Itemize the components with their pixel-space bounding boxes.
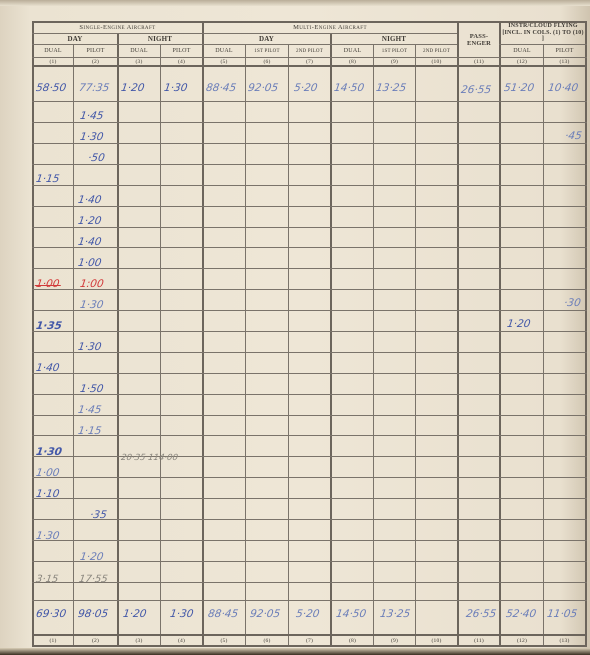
total-col7: 5·20 [295, 608, 320, 620]
header-col12-dual: Dual [501, 45, 543, 57]
row20-col2: ·35 [89, 509, 107, 521]
grid-bottom-border [32, 645, 587, 647]
footer-colnum-10: (10) [416, 636, 457, 645]
total-col5: 88·45 [207, 608, 239, 620]
header-me-night: NIGHT [331, 34, 457, 44]
grid-row-line [32, 600, 587, 601]
bf-col1: 58·50 [35, 82, 67, 94]
bf-col11: 26·55 [460, 84, 492, 96]
total-col6: 92·05 [249, 608, 281, 620]
grid-row-line [32, 456, 587, 457]
bf-col4: 1·30 [163, 82, 188, 94]
grid-row-line [32, 561, 587, 562]
grid-col-divider-3 [160, 44, 161, 645]
grid-row-line [32, 247, 587, 248]
header-colnum-5: (5) [203, 58, 245, 65]
grid-row-line [32, 143, 587, 144]
header-colnum-3: (3) [118, 58, 160, 65]
row7-col2: 1·40 [77, 236, 102, 248]
row18-col1: 1·00 [35, 467, 60, 479]
bf-col5: 88·45 [205, 82, 237, 94]
header-colnum-8: (8) [332, 58, 373, 65]
row23-col2: 17·55 [78, 574, 108, 585]
grid-row-line [32, 289, 587, 290]
grid-col-divider-9 [415, 44, 416, 645]
header-colnum-6: (6) [246, 58, 288, 65]
header-colnum-7: (7) [289, 58, 330, 65]
grid-col-divider-2 [117, 33, 119, 645]
grid-left-border [32, 21, 34, 645]
header-multi-engine: Multi-Engine Aircraft [203, 22, 457, 33]
header-colnum-4: (4) [161, 58, 202, 65]
grid-row-line [32, 519, 587, 520]
footer-colnum-1: (1) [33, 636, 73, 645]
footer-colnum-5: (5) [203, 636, 245, 645]
header-col9-1st-pilot: 1st Pilot [374, 45, 415, 57]
row1-col2: 1·45 [79, 110, 104, 122]
grid-row-line [32, 268, 587, 269]
header-colnum-9: (9) [374, 58, 415, 65]
header-col2-pilot: Pilot [74, 45, 117, 57]
row9-col2: 1:00 [79, 278, 104, 290]
grid-row-line [32, 415, 587, 416]
header-colnum-11: (11) [459, 58, 499, 65]
grid-row-line [32, 477, 587, 478]
grid-col-divider-8 [373, 44, 374, 645]
total-col9: 13·25 [379, 608, 411, 620]
bf-col7: 5·20 [293, 82, 318, 94]
grid-row-line [32, 498, 587, 499]
grid-row-line [32, 206, 587, 207]
footer-colnum-9: (9) [374, 636, 415, 645]
row2-col13: ·45 [564, 130, 582, 142]
footer-colnum-11: (11) [459, 636, 499, 645]
header-col3-dual: Dual [118, 45, 160, 57]
bf-col6: 92·05 [247, 82, 279, 94]
row23-col1: 3·15 [35, 574, 59, 585]
header-single-engine: Single-Engine Aircraft [33, 22, 202, 33]
grid-row-line [32, 122, 587, 123]
header-passenger: PASS-ENGER [459, 22, 499, 57]
row9-col1-struck: 1·00 [35, 278, 60, 290]
header-colnum-2: (2) [74, 58, 117, 65]
footer-colnum-6: (6) [246, 636, 288, 645]
row2-col2: 1·30 [79, 131, 104, 143]
row22-col2: 1·20 [79, 551, 104, 563]
logbook-page: Single-Engine Aircraft Multi-Engine Airc… [0, 0, 590, 655]
grid-row-line [32, 394, 587, 395]
header-se-night: NIGHT [118, 34, 202, 44]
row21-col1: 1·30 [35, 530, 60, 542]
total-col11: 26·55 [465, 608, 497, 620]
header-col7-2nd-pilot: 2nd Pilot [289, 45, 330, 57]
bf-col8: 14·50 [333, 82, 365, 94]
grid-row-line [32, 373, 587, 374]
row12-col2: 1·30 [77, 341, 102, 353]
grid-row-line [32, 540, 587, 541]
header-col13-pilot: Pilot [544, 45, 585, 57]
page-bottom-edge [0, 648, 590, 655]
footer-colnum-7: (7) [289, 636, 330, 645]
row15-col2: 1·45 [77, 404, 102, 416]
grid-col-divider-10 [457, 21, 459, 645]
row14-col2: 1·50 [79, 383, 104, 395]
bf-col2: 77:35 [78, 82, 110, 94]
header-line-4 [32, 65, 587, 67]
grid-row-line [32, 352, 587, 353]
grid-row-line [32, 227, 587, 228]
grid-col-divider-12 [543, 44, 544, 645]
row11-col12: 1·20 [506, 318, 531, 330]
footer-colnum-12: (12) [501, 636, 543, 645]
total-col3: 1·20 [122, 608, 147, 620]
header-col5-dual: Dual [203, 45, 245, 57]
row11-col1: 1·35 [35, 320, 63, 332]
header-colnum-1: (1) [33, 58, 73, 65]
bf-col13: 10·40 [547, 82, 579, 94]
bf-col3: 1·20 [120, 82, 145, 94]
header-colnum-12: (12) [501, 58, 543, 65]
row17-pencil-note: 20·35 114·00 [120, 453, 178, 463]
grid-col-divider-7 [330, 33, 332, 645]
row6-col2: 1·20 [77, 215, 102, 227]
grid-row-line [32, 310, 587, 311]
bf-col9: 13·25 [375, 82, 407, 94]
row4-col1: 1·15 [35, 173, 60, 185]
grid-row-line [32, 331, 587, 332]
total-col1: 69·30 [35, 608, 67, 620]
row17-col1: 1·30 [35, 446, 63, 458]
row19-col1: 1·10 [35, 488, 60, 500]
total-col4: 1·30 [169, 608, 194, 620]
grid-row-line [32, 582, 587, 583]
header-col1-dual: Dual [33, 45, 73, 57]
footer-colnum-3: (3) [118, 636, 160, 645]
header-colnum-13: (13) [544, 58, 585, 65]
row8-col2: 1·00 [77, 257, 102, 269]
header-col6-1st-pilot: 1st Pilot [246, 45, 288, 57]
header-col8-dual: Dual [332, 45, 373, 57]
footer-colnum-8: (8) [332, 636, 373, 645]
grid-row-line [32, 435, 587, 436]
grid-col-divider-11 [499, 21, 501, 645]
grid-row-line [32, 185, 587, 186]
grid-col-divider-6 [288, 44, 289, 645]
grid-col-divider-5 [245, 44, 246, 645]
row16-col2: 1·15 [77, 425, 102, 437]
row10-col2: 1·30 [79, 299, 104, 311]
header-colnum-10: (10) [416, 58, 457, 65]
grid-col-divider-4 [202, 21, 204, 645]
page-top-edge [0, 0, 590, 6]
total-col2: 98·05 [77, 608, 109, 620]
row3-col2: ·50 [87, 152, 105, 164]
header-me-day: DAY [203, 34, 330, 44]
total-col8: 14·50 [335, 608, 367, 620]
footer-colnum-4: (4) [161, 636, 202, 645]
grid-row-line [32, 164, 587, 165]
row13-col1: 1·40 [35, 362, 60, 374]
total-col13: 11·05 [546, 608, 578, 620]
row5-col2: 1·40 [77, 194, 102, 206]
header-col10-2nd-pilot: 2nd Pilot [416, 45, 457, 57]
header-se-day: DAY [33, 34, 117, 44]
header-instr-cloud: INSTR/CLOUD FLYING [Incl. in cols. (1) t… [501, 22, 585, 44]
total-col12: 52·40 [505, 608, 537, 620]
footer-colnum-2: (2) [74, 636, 117, 645]
row10-col13: ·30 [563, 297, 581, 309]
grid-col-divider-1 [73, 44, 74, 645]
footer-colnum-13: (13) [544, 636, 585, 645]
header-col4-pilot: Pilot [161, 45, 202, 57]
bf-col12: 51·20 [503, 82, 535, 94]
grid-row-line [32, 101, 587, 102]
grid-right-border [585, 21, 587, 645]
